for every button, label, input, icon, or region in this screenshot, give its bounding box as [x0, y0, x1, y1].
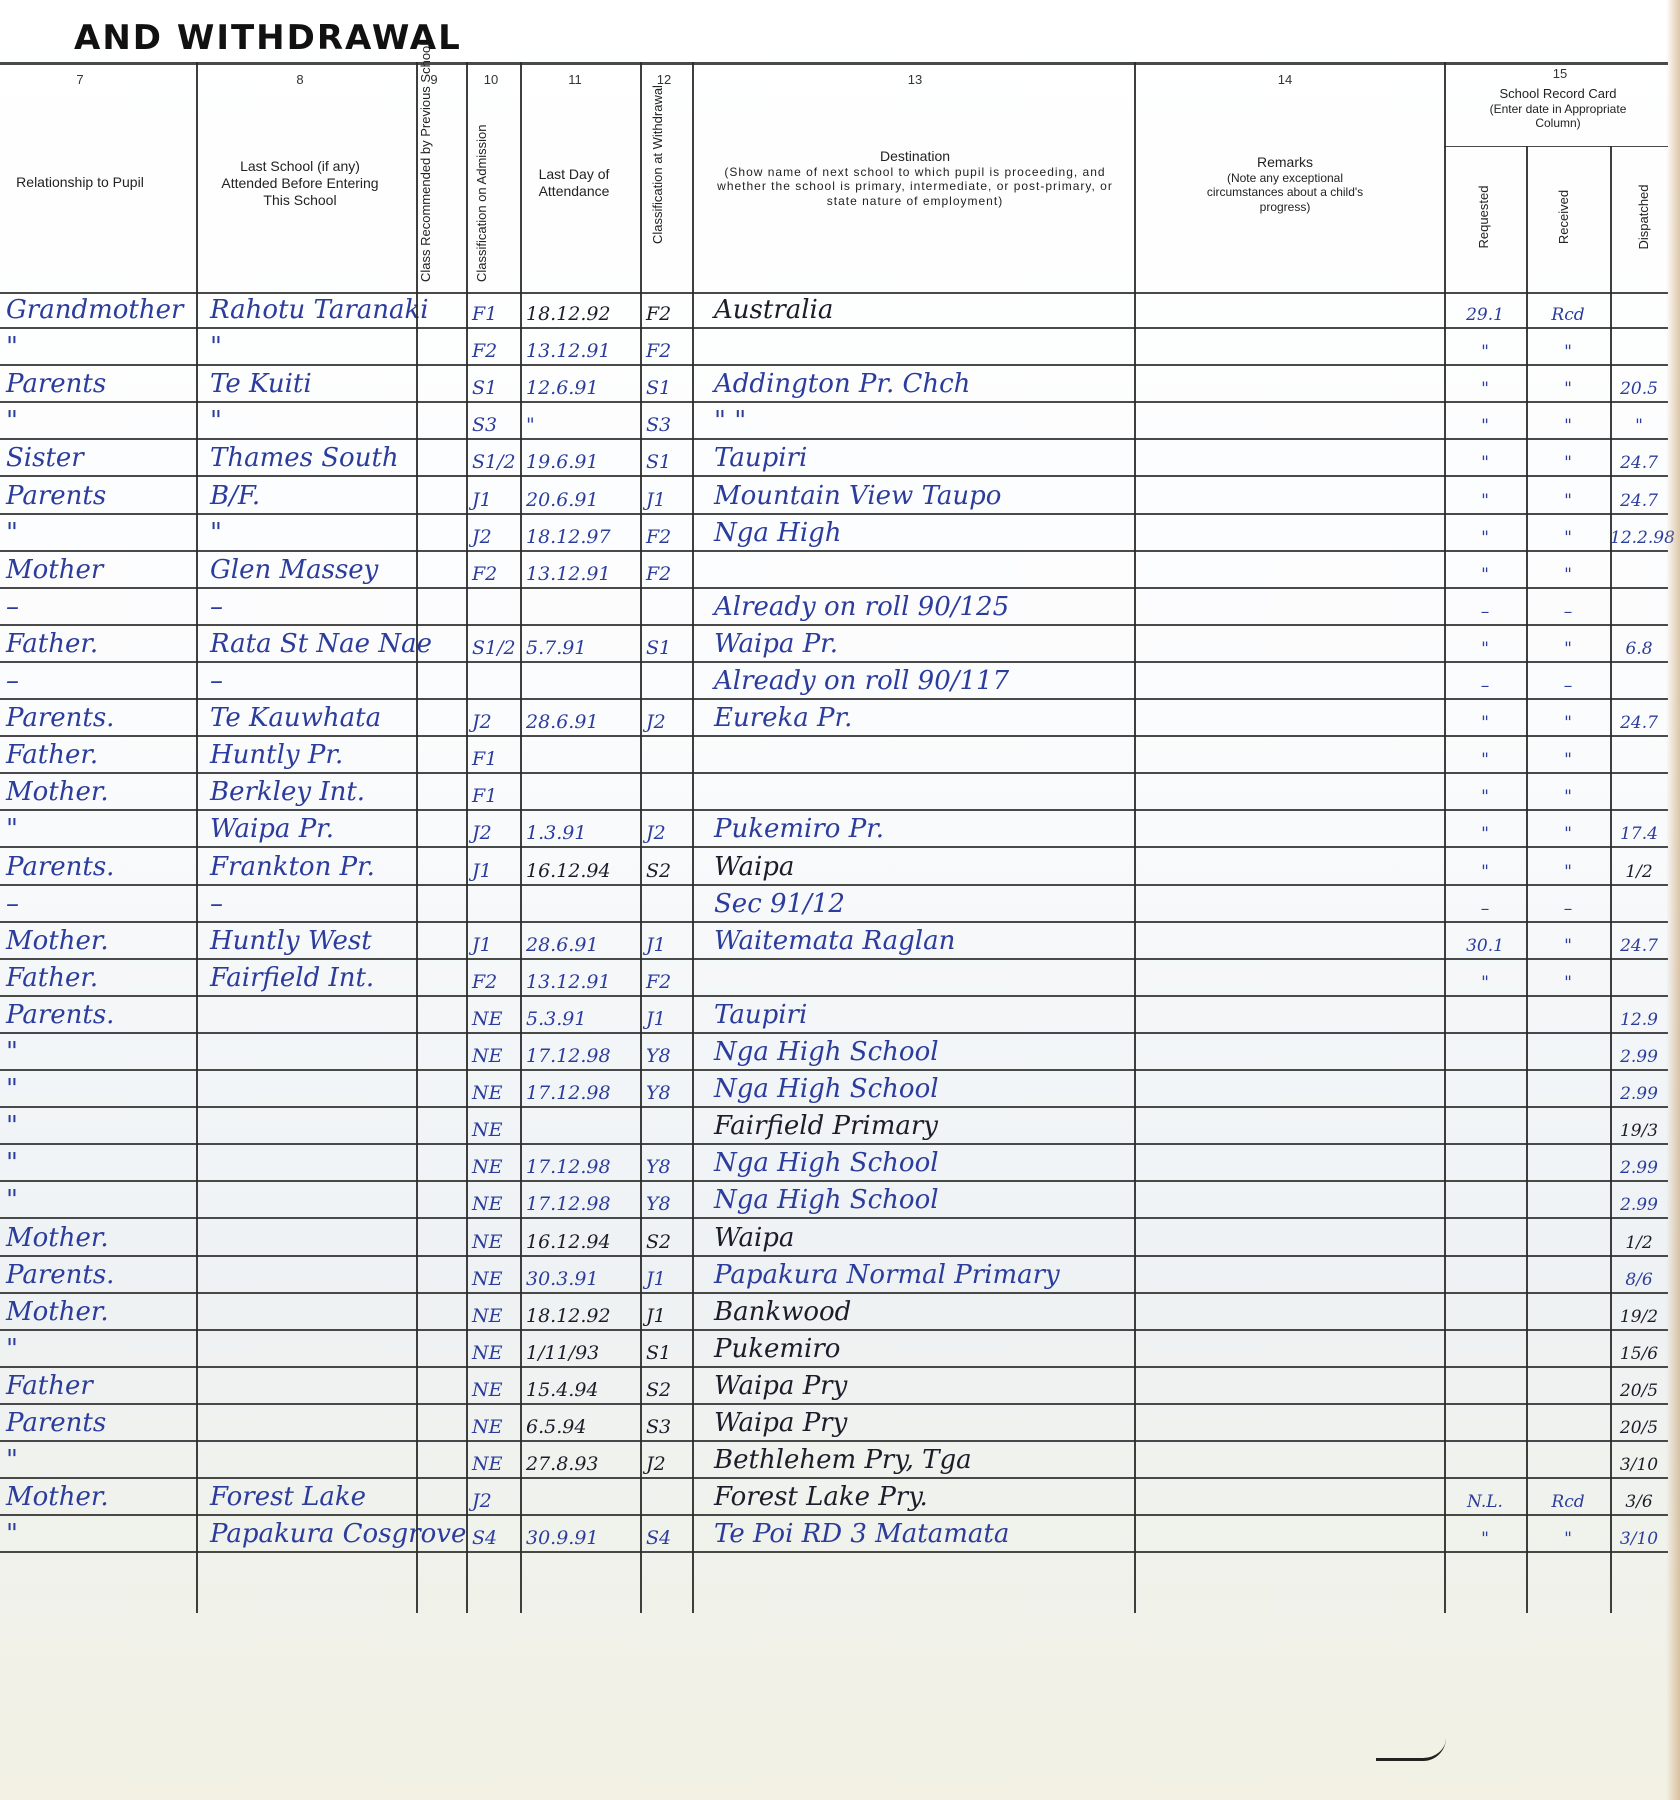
table-row: "NE27.8.93J2Bethlehem Pry, Tga3/10 — [0, 1442, 1668, 1479]
cell-last-school: Frankton Pr. — [210, 852, 375, 882]
cell-received: – — [1526, 602, 1610, 622]
cell-relationship: – — [6, 666, 19, 696]
cell-received: " — [1526, 787, 1610, 807]
cell-dispatched: 8/6 — [1610, 1270, 1668, 1290]
cell-class-wd: F2 — [646, 303, 671, 325]
cell-received: " — [1526, 713, 1610, 733]
cell-relationship: " — [6, 332, 18, 362]
cell-dispatched: 24.7 — [1610, 936, 1668, 956]
column-divider — [416, 62, 418, 1613]
cell-destination: Waitemata Raglan — [714, 926, 955, 956]
cell-class-adm: J1 — [472, 934, 492, 956]
cell-class-adm: NE — [472, 1082, 503, 1104]
cell-requested: " — [1444, 750, 1526, 770]
cell-class-wd: S2 — [646, 1231, 671, 1253]
cell-requested: " — [1444, 1529, 1526, 1549]
cell-received: " — [1526, 1529, 1610, 1549]
column-divider — [196, 62, 198, 1613]
col-8-number: 8 — [260, 72, 340, 87]
cell-dispatched: 17.4 — [1610, 824, 1668, 844]
cell-destination: Already on roll 90/117 — [714, 666, 1009, 696]
cell-requested: " — [1444, 565, 1526, 585]
cell-last-day: " — [526, 414, 535, 436]
cell-last-day: 6.5.94 — [526, 1416, 586, 1438]
cell-last-school: Glen Massey — [210, 555, 378, 585]
row-rule — [0, 1551, 1668, 1553]
cell-last-day: 28.6.91 — [526, 934, 599, 956]
cell-last-school: – — [210, 666, 223, 696]
col-11-number: 11 — [540, 72, 610, 87]
cell-last-day: 13.12.91 — [526, 971, 611, 993]
cell-requested: " — [1444, 973, 1526, 993]
cell-destination: Waipa Pry — [714, 1371, 847, 1401]
cell-received: " — [1526, 528, 1610, 548]
cell-last-school: B/F. — [210, 481, 260, 511]
cell-dispatched: 24.7 — [1610, 713, 1668, 733]
table-row: Father.Rata St Nae NaeS1/25.7.91S1Waipa … — [0, 626, 1668, 663]
cell-class-adm: S3 — [472, 414, 497, 436]
cell-last-school: " — [210, 406, 222, 436]
cell-class-adm: S1/2 — [472, 637, 516, 659]
cell-relationship: " — [6, 1037, 18, 1067]
cell-destination: Forest Lake Pry. — [714, 1482, 928, 1512]
cell-relationship: Parents — [6, 481, 106, 511]
table-row: ––Already on roll 90/117–– — [0, 663, 1668, 700]
cell-received: " — [1526, 491, 1610, 511]
cell-class-wd: S4 — [646, 1527, 671, 1549]
cell-destination: Taupiri — [714, 1000, 807, 1030]
cell-destination: Waipa — [714, 852, 794, 882]
cell-relationship: " — [6, 1334, 18, 1364]
cell-requested: " — [1444, 862, 1526, 882]
cell-destination: Australia — [714, 295, 833, 325]
cell-class-wd: S1 — [646, 377, 671, 399]
column-divider — [1610, 146, 1612, 1613]
cell-dispatched: 20/5 — [1610, 1418, 1668, 1438]
cell-requested: – — [1444, 676, 1526, 696]
cell-requested: 29.1 — [1444, 305, 1526, 325]
cell-destination: Nga High School — [714, 1148, 939, 1178]
cell-class-adm: J2 — [472, 526, 492, 548]
cell-class-adm: J1 — [472, 489, 492, 511]
cell-class-adm: J2 — [472, 822, 492, 844]
cell-relationship: " — [6, 1185, 18, 1215]
cell-last-day: 30.3.91 — [526, 1268, 599, 1290]
table-row: Mother.Berkley Int.F1"" — [0, 774, 1668, 811]
cell-destination: " " — [714, 406, 746, 436]
cell-relationship: – — [6, 889, 19, 919]
cell-destination: Pukemiro Pr. — [714, 814, 884, 844]
cell-class-adm: F2 — [472, 340, 497, 362]
table-row: Parents.Frankton Pr.J116.12.94S2Waipa""1… — [0, 849, 1668, 886]
cell-dispatched: " — [1610, 416, 1668, 436]
cell-dispatched: 12.9 — [1610, 1010, 1668, 1030]
cell-destination: Pukemiro — [714, 1334, 840, 1364]
cell-requested: – — [1444, 602, 1526, 622]
cell-relationship: Parents. — [6, 1260, 114, 1290]
col-14-number: 14 — [1250, 72, 1320, 87]
cell-received: " — [1526, 750, 1610, 770]
cell-last-day: 5.7.91 — [526, 637, 586, 659]
cell-relationship: Father. — [6, 963, 98, 993]
cell-received: " — [1526, 565, 1610, 585]
cell-received: " — [1526, 639, 1610, 659]
cell-last-school: Waipa Pr. — [210, 814, 334, 844]
cell-last-day: 13.12.91 — [526, 340, 611, 362]
cell-last-school: – — [210, 889, 223, 919]
cell-received: " — [1526, 936, 1610, 956]
table-row: "NE17.12.98Y8Nga High School2.99 — [0, 1145, 1668, 1182]
cell-relationship: " — [6, 1074, 18, 1104]
table-row: "NE17.12.98Y8Nga High School2.99 — [0, 1182, 1668, 1219]
cell-class-wd: F2 — [646, 340, 671, 362]
cell-class-wd: Y8 — [646, 1045, 671, 1067]
cell-last-school: Huntly West — [210, 926, 372, 956]
cell-destination: Nga High School — [714, 1185, 939, 1215]
table-row: Parents.NE30.3.91J1Papakura Normal Prima… — [0, 1257, 1668, 1294]
cell-dispatched: 3/10 — [1610, 1455, 1668, 1475]
cell-last-day: 5.3.91 — [526, 1008, 586, 1030]
table-row: GrandmotherRahotu TaranakiF118.12.92F2Au… — [0, 292, 1668, 329]
cell-last-day: 1.3.91 — [526, 822, 586, 844]
cell-received: Rcd — [1526, 1492, 1610, 1512]
cell-class-adm: S4 — [472, 1527, 497, 1549]
cell-relationship: " — [6, 814, 18, 844]
cell-last-school: Rahotu Taranaki — [210, 295, 429, 325]
cell-requested: " — [1444, 416, 1526, 436]
col-15-received-header: Received — [1556, 162, 1572, 272]
table-row: MotherGlen MasseyF213.12.91F2"" — [0, 552, 1668, 589]
cell-class-adm: NE — [472, 1379, 503, 1401]
table-row: FatherNE15.4.94S2Waipa Pry20/5 — [0, 1368, 1668, 1405]
cell-relationship: Parents — [6, 369, 106, 399]
cell-requested: " — [1444, 528, 1526, 548]
col-15-dispatched-header: Dispatched — [1636, 162, 1652, 272]
cell-dispatched: 2.99 — [1610, 1047, 1668, 1067]
table-row: Mother.NE18.12.92J1Bankwood19/2 — [0, 1294, 1668, 1331]
cell-last-day: 20.6.91 — [526, 489, 599, 511]
cell-last-school: Forest Lake — [210, 1482, 366, 1512]
cell-relationship: Father — [6, 1371, 93, 1401]
cell-requested: " — [1444, 713, 1526, 733]
cell-destination: Bethlehem Pry, Tga — [714, 1445, 972, 1475]
cell-class-wd: S3 — [646, 414, 671, 436]
cell-last-day: 17.12.98 — [526, 1082, 611, 1104]
column-divider — [1526, 146, 1528, 1613]
cell-class-wd: J1 — [646, 1008, 666, 1030]
cell-class-wd: Y8 — [646, 1082, 671, 1104]
table-row: ""S3"S3" """" — [0, 403, 1668, 440]
cell-last-day: 13.12.91 — [526, 563, 611, 585]
cell-class-adm: J2 — [472, 711, 492, 733]
cell-dispatched: 24.7 — [1610, 453, 1668, 473]
table-row: Mother.Huntly WestJ128.6.91J1Waitemata R… — [0, 923, 1668, 960]
cell-class-wd: J1 — [646, 1268, 666, 1290]
cell-destination: Already on roll 90/125 — [714, 592, 1009, 622]
cell-requested: – — [1444, 899, 1526, 919]
cell-class-adm: F2 — [472, 971, 497, 993]
cell-class-wd: J1 — [646, 489, 666, 511]
cell-last-school: Rata St Nae Nae — [210, 629, 432, 659]
cell-dispatched: 20/5 — [1610, 1381, 1668, 1401]
cell-class-wd: S1 — [646, 1342, 671, 1364]
table-row: "NEFairfield Primary19/3 — [0, 1108, 1668, 1145]
cell-last-school: Berkley Int. — [210, 777, 365, 807]
cell-received: – — [1526, 899, 1610, 919]
cell-class-adm: NE — [472, 1008, 503, 1030]
cell-destination: Nga High — [714, 518, 842, 548]
cell-class-adm: J2 — [472, 1490, 492, 1512]
column-divider — [520, 62, 522, 1613]
cell-dispatched: 20.5 — [1610, 379, 1668, 399]
cell-received: " — [1526, 453, 1610, 473]
table-row: "NE1/11/93S1Pukemiro15/6 — [0, 1331, 1668, 1368]
cell-last-school: Fairfield Int. — [210, 963, 374, 993]
cell-dispatched: 12.2.98 — [1610, 528, 1668, 548]
cell-last-day: 28.6.91 — [526, 711, 599, 733]
col-14-note: (Note any exceptional circumstances abou… — [1180, 171, 1390, 214]
table-row: ParentsNE6.5.94S3Waipa Pry20/5 — [0, 1405, 1668, 1442]
column-divider — [640, 62, 642, 1613]
cell-destination: Nga High School — [714, 1074, 939, 1104]
table-row: "NE17.12.98Y8Nga High School2.99 — [0, 1071, 1668, 1108]
cell-class-adm: F1 — [472, 785, 497, 807]
col-13-title: Destination — [690, 148, 1140, 165]
col-13-note: (Show name of next school to which pupil… — [690, 165, 1140, 208]
cell-class-adm: J1 — [472, 860, 492, 882]
cell-relationship: " — [6, 1148, 18, 1178]
cell-destination: Waipa — [714, 1223, 794, 1253]
column-divider — [1444, 62, 1446, 1613]
cell-class-adm: NE — [472, 1268, 503, 1290]
cell-class-wd: S1 — [646, 637, 671, 659]
cell-relationship: Parents. — [6, 703, 114, 733]
cell-class-adm: NE — [472, 1416, 503, 1438]
cell-received: " — [1526, 824, 1610, 844]
cell-last-day: 17.12.98 — [526, 1045, 611, 1067]
cell-requested: " — [1444, 491, 1526, 511]
table-row: ParentsB/F.J120.6.91J1Mountain View Taup… — [0, 478, 1668, 515]
column-divider — [1134, 62, 1136, 1613]
table-row: ""J218.12.97F2Nga High""12.2.98 — [0, 515, 1668, 552]
cell-requested: " — [1444, 787, 1526, 807]
col-15-requested-header: Requested — [1476, 162, 1492, 272]
cell-class-adm: F1 — [472, 303, 497, 325]
cell-dispatched: 3/6 — [1610, 1492, 1668, 1512]
cell-class-adm: NE — [472, 1231, 503, 1253]
cell-received: " — [1526, 379, 1610, 399]
cell-received: " — [1526, 862, 1610, 882]
cell-dispatched: 19/2 — [1610, 1307, 1668, 1327]
cell-class-adm: S1/2 — [472, 451, 516, 473]
cell-class-wd: J2 — [646, 1453, 666, 1475]
col-9-header: Class Recommended by Previous School — [418, 102, 434, 282]
cell-class-wd: J2 — [646, 822, 666, 844]
col-14-header: Remarks (Note any exceptional circumstan… — [1180, 154, 1390, 214]
cell-destination: Te Poi RD 3 Matamata — [714, 1519, 1009, 1549]
cell-last-day: 17.12.98 — [526, 1156, 611, 1178]
cell-requested: " — [1444, 453, 1526, 473]
cell-class-adm: F2 — [472, 563, 497, 585]
cell-destination: Mountain View Taupo — [714, 481, 1001, 511]
cell-last-day: 12.6.91 — [526, 377, 599, 399]
cell-last-school: – — [210, 592, 223, 622]
cell-dispatched: 6.8 — [1610, 639, 1668, 659]
cell-class-wd: Y8 — [646, 1193, 671, 1215]
cell-destination: Addington Pr. Chch — [714, 369, 970, 399]
register-table: 7 Relationship to Pupil 8 Last School (i… — [0, 62, 1668, 1800]
table-row: ParentsTe KuitiS112.6.91S1Addington Pr. … — [0, 366, 1668, 403]
cell-relationship: Mother. — [6, 1297, 109, 1327]
cell-class-adm: NE — [472, 1156, 503, 1178]
col-7-number: 7 — [40, 72, 120, 87]
column-divider — [466, 62, 468, 1613]
record-card-subheader-rule — [1444, 146, 1668, 147]
cell-last-day: 17.12.98 — [526, 1193, 611, 1215]
cell-class-wd: S3 — [646, 1416, 671, 1438]
col-15-number: 15 — [1535, 66, 1585, 81]
cell-relationship: " — [6, 518, 18, 548]
col-12-header: Classification at Withdrawal — [650, 114, 666, 244]
cell-last-school: " — [210, 332, 222, 362]
cell-relationship: Parents. — [6, 1000, 114, 1030]
cell-relationship: Sister — [6, 443, 84, 473]
page-edge — [1666, 0, 1680, 1800]
cell-dispatched: 15/6 — [1610, 1344, 1668, 1364]
cell-received: – — [1526, 676, 1610, 696]
cell-relationship: " — [6, 406, 18, 436]
cell-relationship: Father. — [6, 740, 98, 770]
col-15-note: (Enter date in Appropriate Column) — [1448, 102, 1668, 131]
cell-last-day: 18.12.92 — [526, 1305, 611, 1327]
table-row: ––Already on roll 90/125–– — [0, 589, 1668, 626]
cell-class-wd: S2 — [646, 1379, 671, 1401]
cell-last-school: Thames South — [210, 443, 399, 473]
cell-class-wd: F2 — [646, 526, 671, 548]
col-10-number: 10 — [466, 72, 516, 87]
table-row: Mother.Forest LakeJ2Forest Lake Pry.N.L.… — [0, 1479, 1668, 1516]
cell-class-adm: NE — [472, 1453, 503, 1475]
page-title: AND WITHDRAWAL — [74, 18, 462, 58]
cell-dispatched: 2.99 — [1610, 1158, 1668, 1178]
col-13-header: Destination (Show name of next school to… — [690, 148, 1140, 208]
table-row: Mother.NE16.12.94S2Waipa1/2 — [0, 1220, 1668, 1257]
table-row: Parents.Te KauwhataJ228.6.91J2Eureka Pr.… — [0, 700, 1668, 737]
cell-relationship: Parents. — [6, 852, 114, 882]
cell-class-adm: NE — [472, 1305, 503, 1327]
cell-destination: Bankwood — [714, 1297, 851, 1327]
cell-class-wd: J2 — [646, 711, 666, 733]
cell-last-day: 30.9.91 — [526, 1527, 599, 1549]
cell-requested: " — [1444, 342, 1526, 362]
cell-class-adm: NE — [472, 1193, 503, 1215]
cell-destination: Papakura Normal Primary — [714, 1260, 1060, 1290]
cell-last-school: Te Kauwhata — [210, 703, 381, 733]
cell-destination: Waipa Pry — [714, 1408, 847, 1438]
cell-last-day: 1/11/93 — [526, 1342, 599, 1364]
cell-last-school: Papakura Cosgrove — [210, 1519, 466, 1549]
cell-relationship: Mother. — [6, 1482, 109, 1512]
cell-received: Rcd — [1526, 305, 1610, 325]
cell-dispatched: 19/3 — [1610, 1121, 1668, 1141]
cell-requested: " — [1444, 639, 1526, 659]
cell-relationship: " — [6, 1111, 18, 1141]
cell-dispatched: 1/2 — [1610, 1233, 1668, 1253]
cell-relationship: – — [6, 592, 19, 622]
cell-last-day: 18.12.92 — [526, 303, 611, 325]
cell-received: " — [1526, 973, 1610, 993]
cell-last-day: 16.12.94 — [526, 1231, 611, 1253]
cell-last-school: Huntly Pr. — [210, 740, 343, 770]
cell-destination: Nga High School — [714, 1037, 939, 1067]
cell-received: " — [1526, 342, 1610, 362]
cell-last-day: 19.6.91 — [526, 451, 599, 473]
cell-class-wd: S2 — [646, 860, 671, 882]
cell-requested: " — [1444, 824, 1526, 844]
cell-relationship: Mother. — [6, 1223, 109, 1253]
cell-relationship: " — [6, 1519, 18, 1549]
column-divider — [692, 62, 694, 1613]
col-8-header: Last School (if any) Attended Before Ent… — [215, 158, 385, 208]
cell-class-wd: F2 — [646, 563, 671, 585]
cell-received: " — [1526, 416, 1610, 436]
cell-relationship: " — [6, 1445, 18, 1475]
cell-destination: Waipa Pr. — [714, 629, 838, 659]
cell-class-wd: Y8 — [646, 1156, 671, 1178]
table-row: ––Sec 91/12–– — [0, 886, 1668, 923]
cell-dispatched: 3/10 — [1610, 1529, 1668, 1549]
cell-last-day: 16.12.94 — [526, 860, 611, 882]
cell-last-school: Te Kuiti — [210, 369, 312, 399]
cell-class-wd: J1 — [646, 1305, 666, 1327]
col-7-header: Relationship to Pupil — [10, 174, 150, 191]
cell-last-day: 18.12.97 — [526, 526, 611, 548]
cell-class-adm: F1 — [472, 748, 497, 770]
cell-requested: " — [1444, 379, 1526, 399]
cell-dispatched: 2.99 — [1610, 1084, 1668, 1104]
col-15-header: School Record Card (Enter date in Approp… — [1448, 86, 1668, 130]
table-row: Parents.NE5.3.91J1Taupiri12.9 — [0, 997, 1668, 1034]
cell-requested: 30.1 — [1444, 936, 1526, 956]
cell-destination: Fairfield Primary — [714, 1111, 938, 1141]
cell-last-day: 15.4.94 — [526, 1379, 599, 1401]
col-10-header: Classification on Admission — [474, 142, 490, 282]
cell-class-adm: S1 — [472, 377, 497, 399]
cell-requested: N.L. — [1444, 1492, 1526, 1512]
cell-dispatched: 2.99 — [1610, 1195, 1668, 1215]
table-row: Father.Fairfield Int.F213.12.91F2"" — [0, 960, 1668, 997]
cell-destination: Sec 91/12 — [714, 889, 845, 919]
cell-last-day: 27.8.93 — [526, 1453, 599, 1475]
col-14-title: Remarks — [1180, 154, 1390, 171]
cell-class-wd: J1 — [646, 934, 666, 956]
cell-dispatched: 1/2 — [1610, 862, 1668, 882]
col-13-number: 13 — [880, 72, 950, 87]
col-11-header: Last Day of Attendance — [524, 166, 624, 200]
cell-class-adm: NE — [472, 1119, 503, 1141]
table-row: "NE17.12.98Y8Nga High School2.99 — [0, 1034, 1668, 1071]
cell-class-wd: S1 — [646, 451, 671, 473]
cell-destination: Taupiri — [714, 443, 807, 473]
cell-relationship: Grandmother — [6, 295, 183, 325]
cell-relationship: Mother. — [6, 926, 109, 956]
cell-destination: Eureka Pr. — [714, 703, 852, 733]
cell-dispatched: 24.7 — [1610, 491, 1668, 511]
table-top-rule — [0, 62, 1668, 65]
cell-relationship: Mother — [6, 555, 103, 585]
cell-relationship: Mother. — [6, 777, 109, 807]
header-rule — [0, 292, 1668, 294]
